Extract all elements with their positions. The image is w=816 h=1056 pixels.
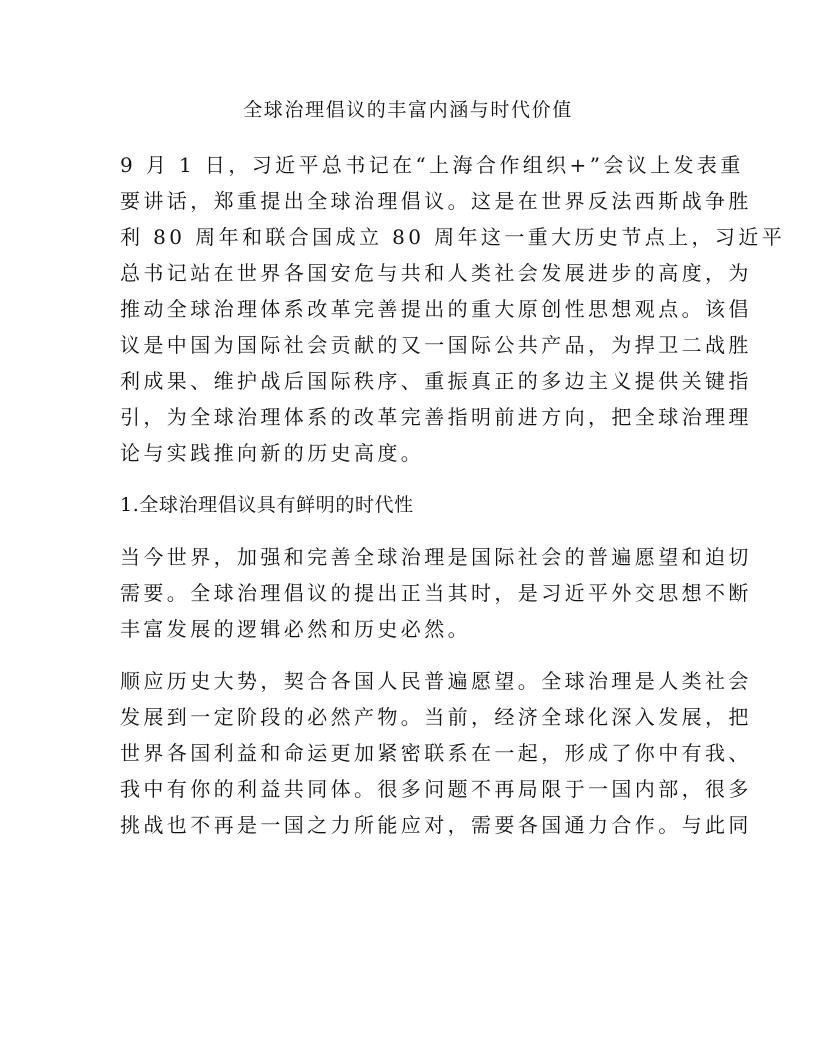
text-line: 论与实践推向新的历史高度。 [120, 435, 700, 471]
text-line: 丰富发展的逻辑必然和历史必然。 [120, 611, 700, 647]
text-line: 9 月 1 日，习近平总书记在“上海合作组织+”会议上发表重 [120, 147, 700, 183]
text-line: 需要。全球治理倡议的提出正当其时，是习近平外交思想不断 [120, 575, 700, 611]
section-heading: 1.全球治理倡议具有鲜明的时代性 [120, 487, 700, 523]
text-line: 当今世界，加强和完善全球治理是国际社会的普遍愿望和迫切 [120, 539, 700, 575]
text-line: 发展到一定阶段的必然产物。当前，经济全球化深入发展，把 [120, 699, 700, 735]
text-line: 利成果、维护战后国际秩序、重振真正的多边主义提供关键指 [120, 363, 700, 399]
section-paragraph-2: 顺应历史大势，契合各国人民普遍愿望。全球治理是人类社会 发展到一定阶段的必然产物… [120, 663, 700, 843]
intro-paragraph: 9 月 1 日，习近平总书记在“上海合作组织+”会议上发表重 要讲话，郑重提出全… [120, 147, 700, 471]
text-line: 推动全球治理体系改革完善提出的重大原创性思想观点。该倡 [120, 291, 700, 327]
text-line: 总书记站在世界各国安危与共和人类社会发展进步的高度，为 [120, 255, 700, 291]
text-line: 世界各国利益和命运更加紧密联系在一起，形成了你中有我、 [120, 735, 700, 771]
text-line: 顺应历史大势，契合各国人民普遍愿望。全球治理是人类社会 [120, 663, 700, 699]
text-line: 要讲话，郑重提出全球治理倡议。这是在世界反法西斯战争胜 [120, 183, 700, 219]
section-paragraph-1: 当今世界，加强和完善全球治理是国际社会的普遍愿望和迫切 需要。全球治理倡议的提出… [120, 539, 700, 647]
text-line: 我中有你的利益共同体。很多问题不再局限于一国内部，很多 [120, 771, 700, 807]
text-line: 引，为全球治理体系的改革完善指明前进方向，把全球治理理 [120, 399, 700, 435]
text-line: 挑战也不再是一国之力所能应对，需要各国通力合作。与此同 [120, 807, 700, 843]
document-page: 全球治理倡议的丰富内涵与时代价值 9 月 1 日，习近平总书记在“上海合作组织+… [0, 0, 816, 1056]
text-line: 利 80 周年和联合国成立 80 周年这一重大历史节点上，习近平 [120, 219, 700, 255]
text-line: 议是中国为国际社会贡献的又一国际公共产品，为捍卫二战胜 [120, 327, 700, 363]
document-title: 全球治理倡议的丰富内涵与时代价值 [0, 95, 816, 125]
document-body: 9 月 1 日，习近平总书记在“上海合作组织+”会议上发表重 要讲话，郑重提出全… [120, 147, 700, 843]
